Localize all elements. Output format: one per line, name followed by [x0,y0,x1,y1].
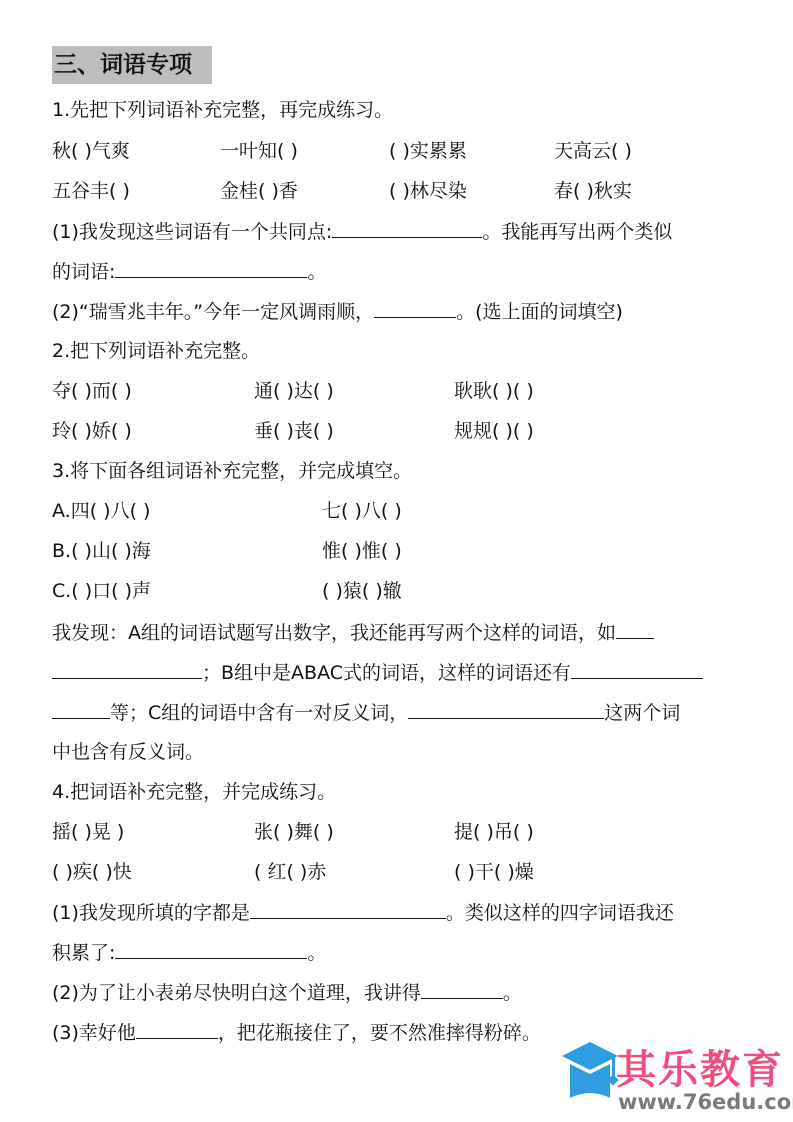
q1-word: 春( )秋实 [554,179,632,203]
answer-blank[interactable] [115,940,307,959]
q3-find-text: 我发现：A组的词语试题写出数字，我还能再写两个这样的词语，如 [52,622,616,644]
q4-word: ( 红( )赤 [254,860,326,884]
q4-sub1-line1: (1)我发现所填的字都是。类似这样的四字词语我还 [52,900,674,925]
q4-sub1-text: 。 [307,942,326,964]
answer-blank[interactable] [52,660,202,679]
q4-sub2: (2)为了让小表弟尽快明白这个道理，我讲得。 [52,980,522,1005]
q3-find-text: 这两个词 [604,702,680,724]
answer-blank[interactable] [115,259,307,278]
q1-sub1-text: 的词语: [52,261,115,283]
q4-word: 提( )吊( ) [454,820,534,844]
q4-sub3: (3)幸好他，把花瓶接住了，要不然准摔得粉碎。 [52,1020,541,1045]
watermark-logo: 其乐教育 www.76edu.com [560,1038,790,1116]
section-title: 三、词语专项 [52,46,212,84]
q2-word: 垂( )丧( ) [254,419,334,443]
q3-find-line3: 等；C组的词语中含有一对反义词，这两个词 [52,700,680,725]
q4-sub2-text: 。 [503,982,522,1004]
answer-blank[interactable] [374,299,456,318]
q1-word: 天高云( ) [554,139,632,163]
q3-word: A.四( )八( ) [52,499,150,523]
q1-sub1-text: 。 [307,261,326,283]
q3-word: ( )猿( )辙 [322,579,402,603]
q3-word: B.( )山( )海 [52,539,151,563]
question-4-prompt: 4.把词语补充完整，并完成练习。 [52,780,336,804]
q4-sub3-text: ，把花瓶接住了，要不然准摔得粉碎。 [218,1022,541,1044]
q1-sub1-text: 。我能再写出两个类似 [482,221,672,243]
question-3-prompt: 3.将下面各组词语补充完整，并完成填空。 [52,459,412,483]
answer-blank[interactable] [136,1020,218,1039]
q1-sub2-text: (2)“瑞雪兆丰年。”今年一定风调雨顺， [52,301,374,323]
q3-find-line1: 我发现：A组的词语试题写出数字，我还能再写两个这样的词语，如 [52,620,654,645]
graduation-cap-icon [560,1040,620,1110]
answer-blank[interactable] [408,700,604,719]
q1-word: 五谷丰( ) [52,179,130,203]
answer-blank[interactable] [616,620,654,639]
q1-sub2: (2)“瑞雪兆丰年。”今年一定风调雨顺，。(选上面的词填空) [52,299,623,324]
q3-find-text: 等；C组的词语中含有一对反义词， [110,702,408,724]
q1-sub1-line1: (1)我发现这些词语有一个共同点:。我能再写出两个类似 [52,219,672,244]
q4-word: 张( )舞( ) [254,820,334,844]
q4-word: ( )干( )燥 [454,860,534,884]
q3-find-line4: 中也含有反义词。 [52,740,204,764]
q4-sub1-text: 积累了: [52,942,115,964]
q1-sub2-text: 。(选上面的词填空) [456,301,623,323]
q4-sub1-text: (1)我发现所填的字都是 [52,902,250,924]
answer-blank[interactable] [332,219,482,238]
answer-blank[interactable] [250,900,446,919]
question-1-prompt: 1.先把下列词语补充完整，再完成练习。 [52,98,393,122]
question-2-prompt: 2.把下列词语补充完整。 [52,339,260,363]
q2-word: 夺( )而( ) [52,379,132,403]
q3-word: 惟( )惟( ) [322,539,402,563]
q4-word: ( )疾( )快 [52,860,132,884]
answer-blank[interactable] [52,700,110,719]
brand-url: www.76edu.com [618,1090,793,1114]
q3-word: 七( )八( ) [322,499,402,523]
q4-sub1-line2: 积累了:。 [52,940,326,965]
q1-word: ( )实累累 [389,139,467,163]
q4-sub1-text: 。类似这样的四字词语我还 [446,902,674,924]
q3-find-line2: ；B组中是ABAC式的词语，这样的词语还有 [52,660,703,685]
brand-name: 其乐教育 [616,1038,784,1095]
q2-word: 耿耿( )( ) [454,379,534,403]
q1-word: ( )林尽染 [389,179,467,203]
q1-word: 秋( )气爽 [52,139,130,163]
answer-blank[interactable] [421,980,503,999]
q2-word: 通( )达( ) [254,379,334,403]
q1-word: 一叶知( ) [220,139,298,163]
q2-word: 规规( )( ) [454,419,534,443]
q1-sub1-text: (1)我发现这些词语有一个共同点: [52,221,332,243]
q4-sub2-text: (2)为了让小表弟尽快明白这个道理，我讲得 [52,982,421,1004]
q4-word: 摇( )晃 ) [52,820,124,844]
q3-word: C.( )口( )声 [52,579,151,603]
answer-blank[interactable] [571,660,703,679]
q2-word: 玲( )娇( ) [52,419,132,443]
q3-find-text: ；B组中是ABAC式的词语，这样的词语还有 [202,662,571,684]
q1-word: 金桂( )香 [220,179,298,203]
q1-sub1-line2: 的词语:。 [52,259,326,284]
q4-sub3-text: (3)幸好他 [52,1022,136,1044]
